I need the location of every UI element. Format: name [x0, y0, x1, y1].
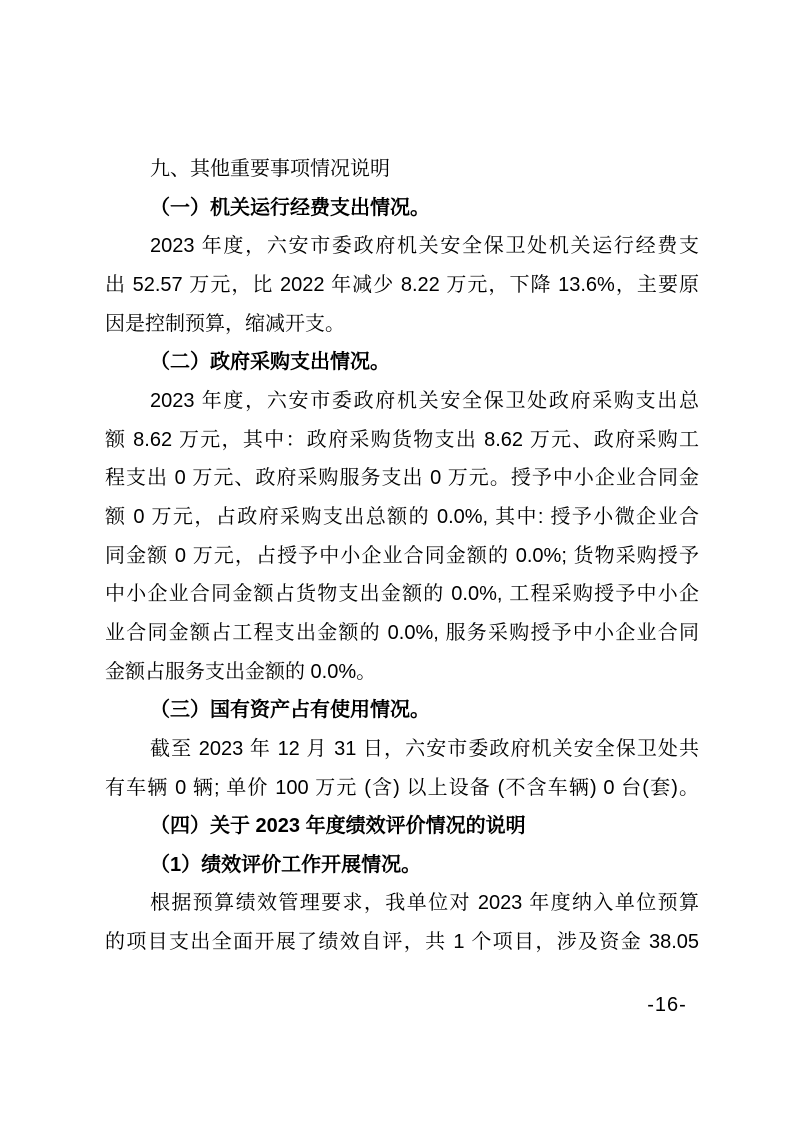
document-page: 九、其他重要事项情况说明 （一）机关运行经费支出情况。 2023 年度，六安市委…: [0, 0, 793, 1121]
paragraph-line: 2023 年度，六安市委政府机关安全保卫处政府采购支出总: [105, 382, 699, 421]
subsection-heading-3: （三）国有资产占有使用情况。: [105, 691, 699, 730]
subsection-heading-1: （一）机关运行经费支出情况。: [105, 189, 699, 228]
paragraph-line: 中小企业合同金额占货物支出金额的 0.0%, 工程采购授予中小企: [105, 575, 699, 614]
paragraph-line: 金额占服务支出金额的 0.0%。: [105, 653, 699, 692]
paragraph-line: 出 52.57 万元，比 2022 年减少 8.22 万元，下降 13.6%，主…: [105, 266, 699, 305]
subsection-subheading-4-1: （1）绩效评价工作开展情况。: [105, 846, 699, 885]
subsection-heading-2: （二）政府采购支出情况。: [105, 343, 699, 382]
paragraph-line: 2023 年度，六安市委政府机关安全保卫处机关运行经费支: [105, 227, 699, 266]
paragraph-line: 的项目支出全面开展了绩效自评，共 1 个项目，涉及资金 38.05: [105, 923, 699, 962]
paragraph-line: 程支出 0 万元、政府采购服务支出 0 万元。授予中小企业合同金: [105, 459, 699, 498]
paragraph-line: 额 8.62 万元，其中：政府采购货物支出 8.62 万元、政府采购工: [105, 421, 699, 460]
paragraph-line: 截至 2023 年 12 月 31 日，六安市委政府机关安全保卫处共: [105, 730, 699, 769]
paragraph-line: 因是控制预算，缩减开支。: [105, 305, 699, 344]
section-title: 九、其他重要事项情况说明: [105, 150, 699, 189]
paragraph-line: 根据预算绩效管理要求，我单位对 2023 年度纳入单位预算: [105, 884, 699, 923]
paragraph-line: 有车辆 0 辆; 单价 100 万元 (含) 以上设备 (不含车辆) 0 台(套…: [105, 769, 699, 808]
subsection-heading-4: （四）关于 2023 年度绩效评价情况的说明: [105, 807, 699, 846]
document-body: 九、其他重要事项情况说明 （一）机关运行经费支出情况。 2023 年度，六安市委…: [105, 150, 699, 962]
paragraph-line: 额 0 万元，占政府采购支出总额的 0.0%, 其中: 授予小微企业合: [105, 498, 699, 537]
page-number: -16-: [636, 994, 698, 1017]
paragraph-line: 业合同金额占工程支出金额的 0.0%, 服务采购授予中小企业合同: [105, 614, 699, 653]
paragraph-line: 同金额 0 万元，占授予中小企业合同金额的 0.0%; 货物采购授予: [105, 537, 699, 576]
